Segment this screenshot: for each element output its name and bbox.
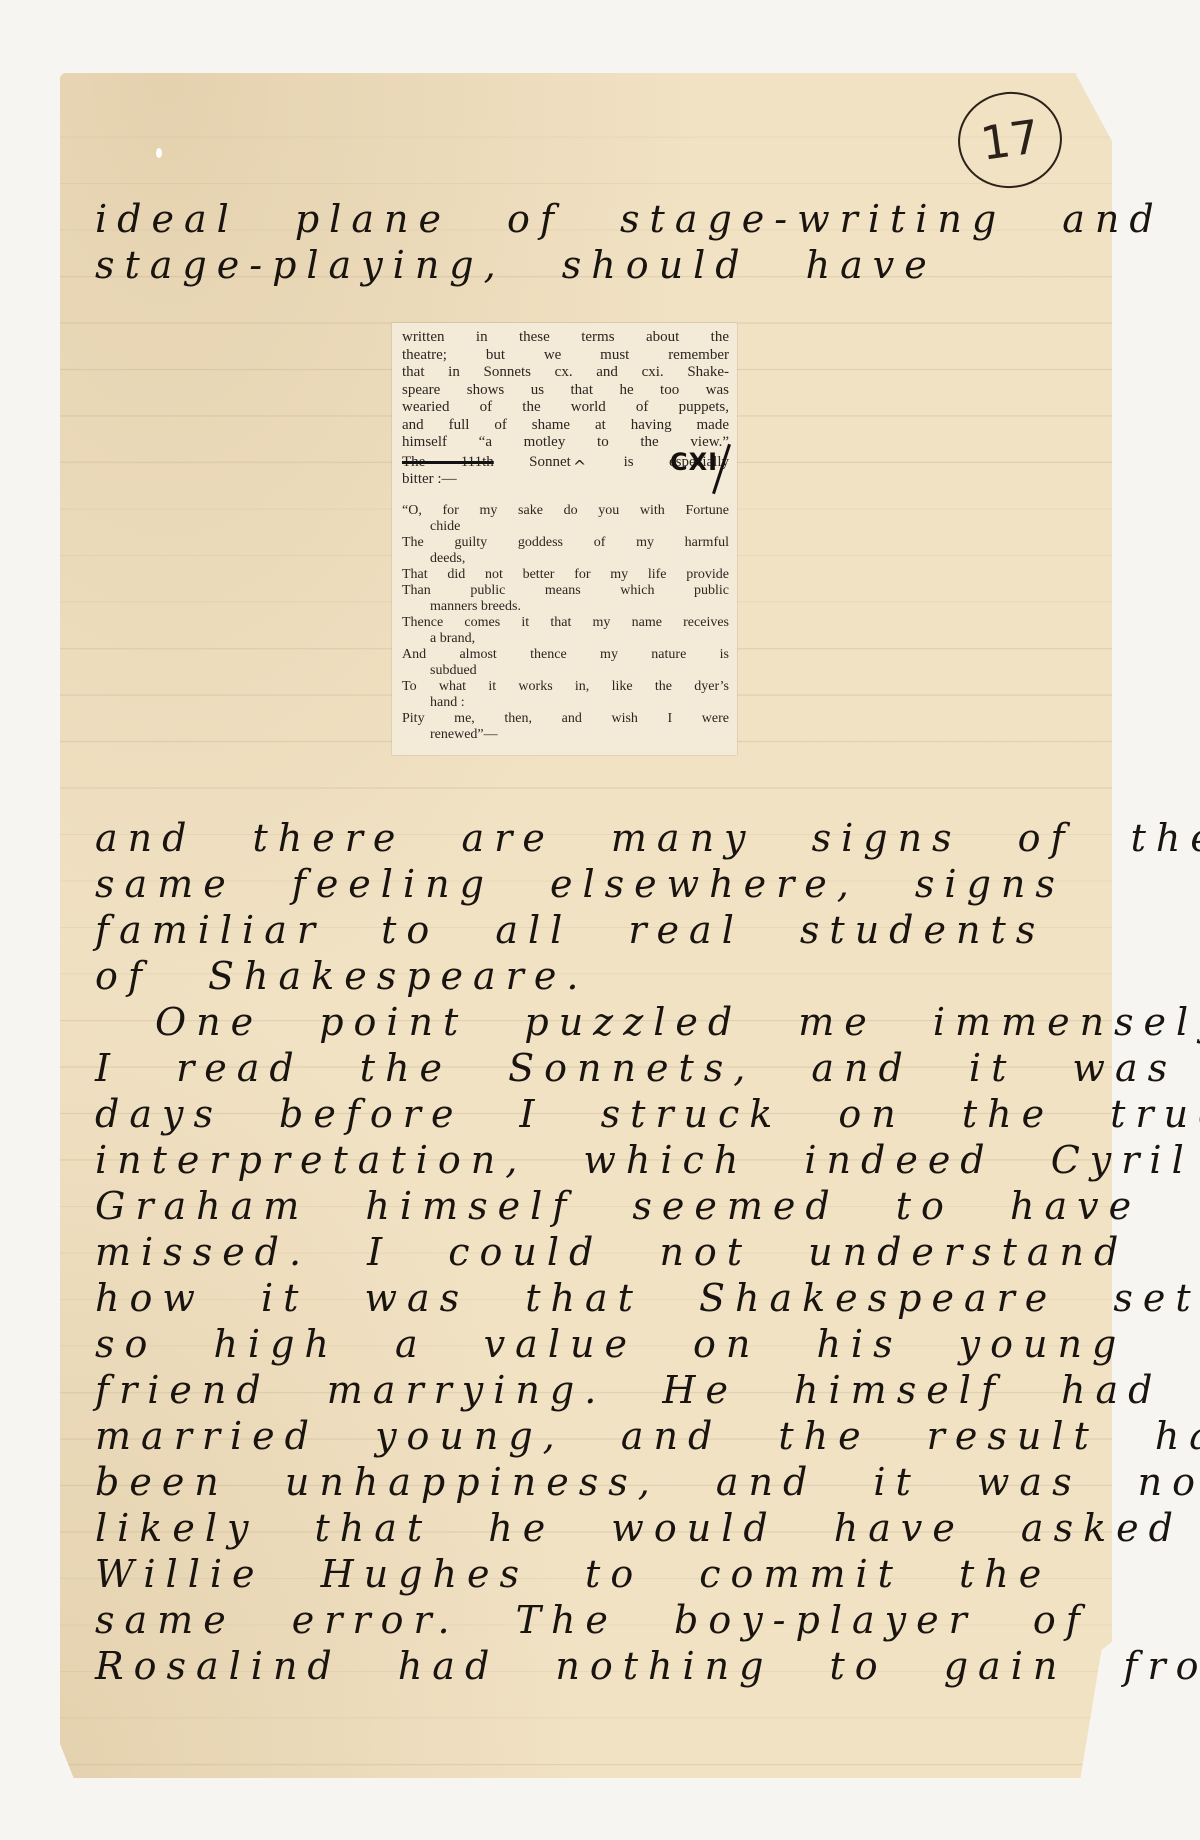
handwritten-line: days before I struck on the true (95, 1091, 1095, 1137)
handwritten-line: I read the Sonnets, and it was (95, 1045, 1095, 1091)
handwritten-line: and there are many signs of the (95, 815, 1095, 861)
verse-continuation: manners breeds. (402, 599, 729, 615)
pasted-print-clipping: written in these terms about the theatre… (392, 323, 737, 755)
handwritten-line: Rosalind had nothing to gain from (95, 1643, 1095, 1689)
struck-through-text: The 111th (402, 454, 494, 470)
handwritten-line: ideal plane of stage-writing and (95, 196, 1095, 242)
verse-line: Than public means which public (402, 583, 729, 599)
handwritten-line: how it was that Shakespeare set (95, 1275, 1095, 1321)
handwritten-line: so high a value on his young (95, 1321, 1095, 1367)
clipping-line: speare shows us that he too was (402, 382, 729, 400)
page-number-text: 17 (977, 109, 1042, 171)
verse-continuation: hand : (402, 695, 729, 711)
handwritten-line: same error. The boy-player of (95, 1597, 1095, 1643)
margin-note: CXI (670, 448, 718, 476)
verse-continuation: a brand, (402, 631, 729, 647)
verse-line: “O, for my sake do you with Fortune (402, 503, 729, 519)
handwritten-line: been unhappiness, and it was not (95, 1459, 1095, 1505)
verse-line: And almost thence my nature is (402, 647, 729, 663)
verse-continuation: subdued (402, 663, 729, 679)
handwritten-line: of Shakespeare. (95, 953, 1095, 999)
clipping-line: that in Sonnets cx. and cxi. Shake- (402, 364, 729, 382)
handwritten-line: stage-playing, should have (95, 242, 1095, 288)
clipping-text: Sonnet (529, 454, 571, 470)
handwritten-line: missed. I could not understand (95, 1229, 1095, 1275)
verse-line: That did not better for my life provide (402, 567, 729, 583)
handwritten-line: interpretation, which indeed Cyril (95, 1137, 1095, 1183)
clipping-line: and full of shame at having made (402, 417, 729, 435)
paper-blemish (156, 148, 162, 158)
verse-continuation: chide (402, 519, 729, 535)
handwritten-line: Graham himself seemed to have (95, 1183, 1095, 1229)
handwritten-line: same feeling elsewhere, signs (95, 861, 1095, 907)
verse-line: Thence comes it that my name receives (402, 615, 729, 631)
verse-line: To what it works in, like the dyer’s (402, 679, 729, 695)
sonnet-quotation: “O, for my sake do you with Fortune chid… (402, 503, 729, 743)
handwritten-line: One point puzzled me immensely as (95, 999, 1155, 1045)
clipping-line: wearied of the world of puppets, (402, 399, 729, 417)
handwritten-line: Willie Hughes to commit the (95, 1551, 1095, 1597)
verse-continuation: renewed”— (402, 727, 729, 743)
handwritten-line: likely that he would have asked (95, 1505, 1095, 1551)
handwritten-line: familiar to all real students (95, 907, 1095, 953)
handwritten-line: married young, and the result had (95, 1413, 1095, 1459)
verse-continuation: deeds, (402, 551, 729, 567)
verse-line: Pity me, then, and wish I were (402, 711, 729, 727)
verse-line: The guilty goddess of my harmful (402, 535, 729, 551)
clipping-line: written in these terms about the (402, 329, 729, 347)
clipping-line: theatre; but we must remember (402, 347, 729, 365)
handwritten-line: friend marrying. He himself had (95, 1367, 1095, 1413)
insertion-caret: ^ (573, 457, 586, 476)
